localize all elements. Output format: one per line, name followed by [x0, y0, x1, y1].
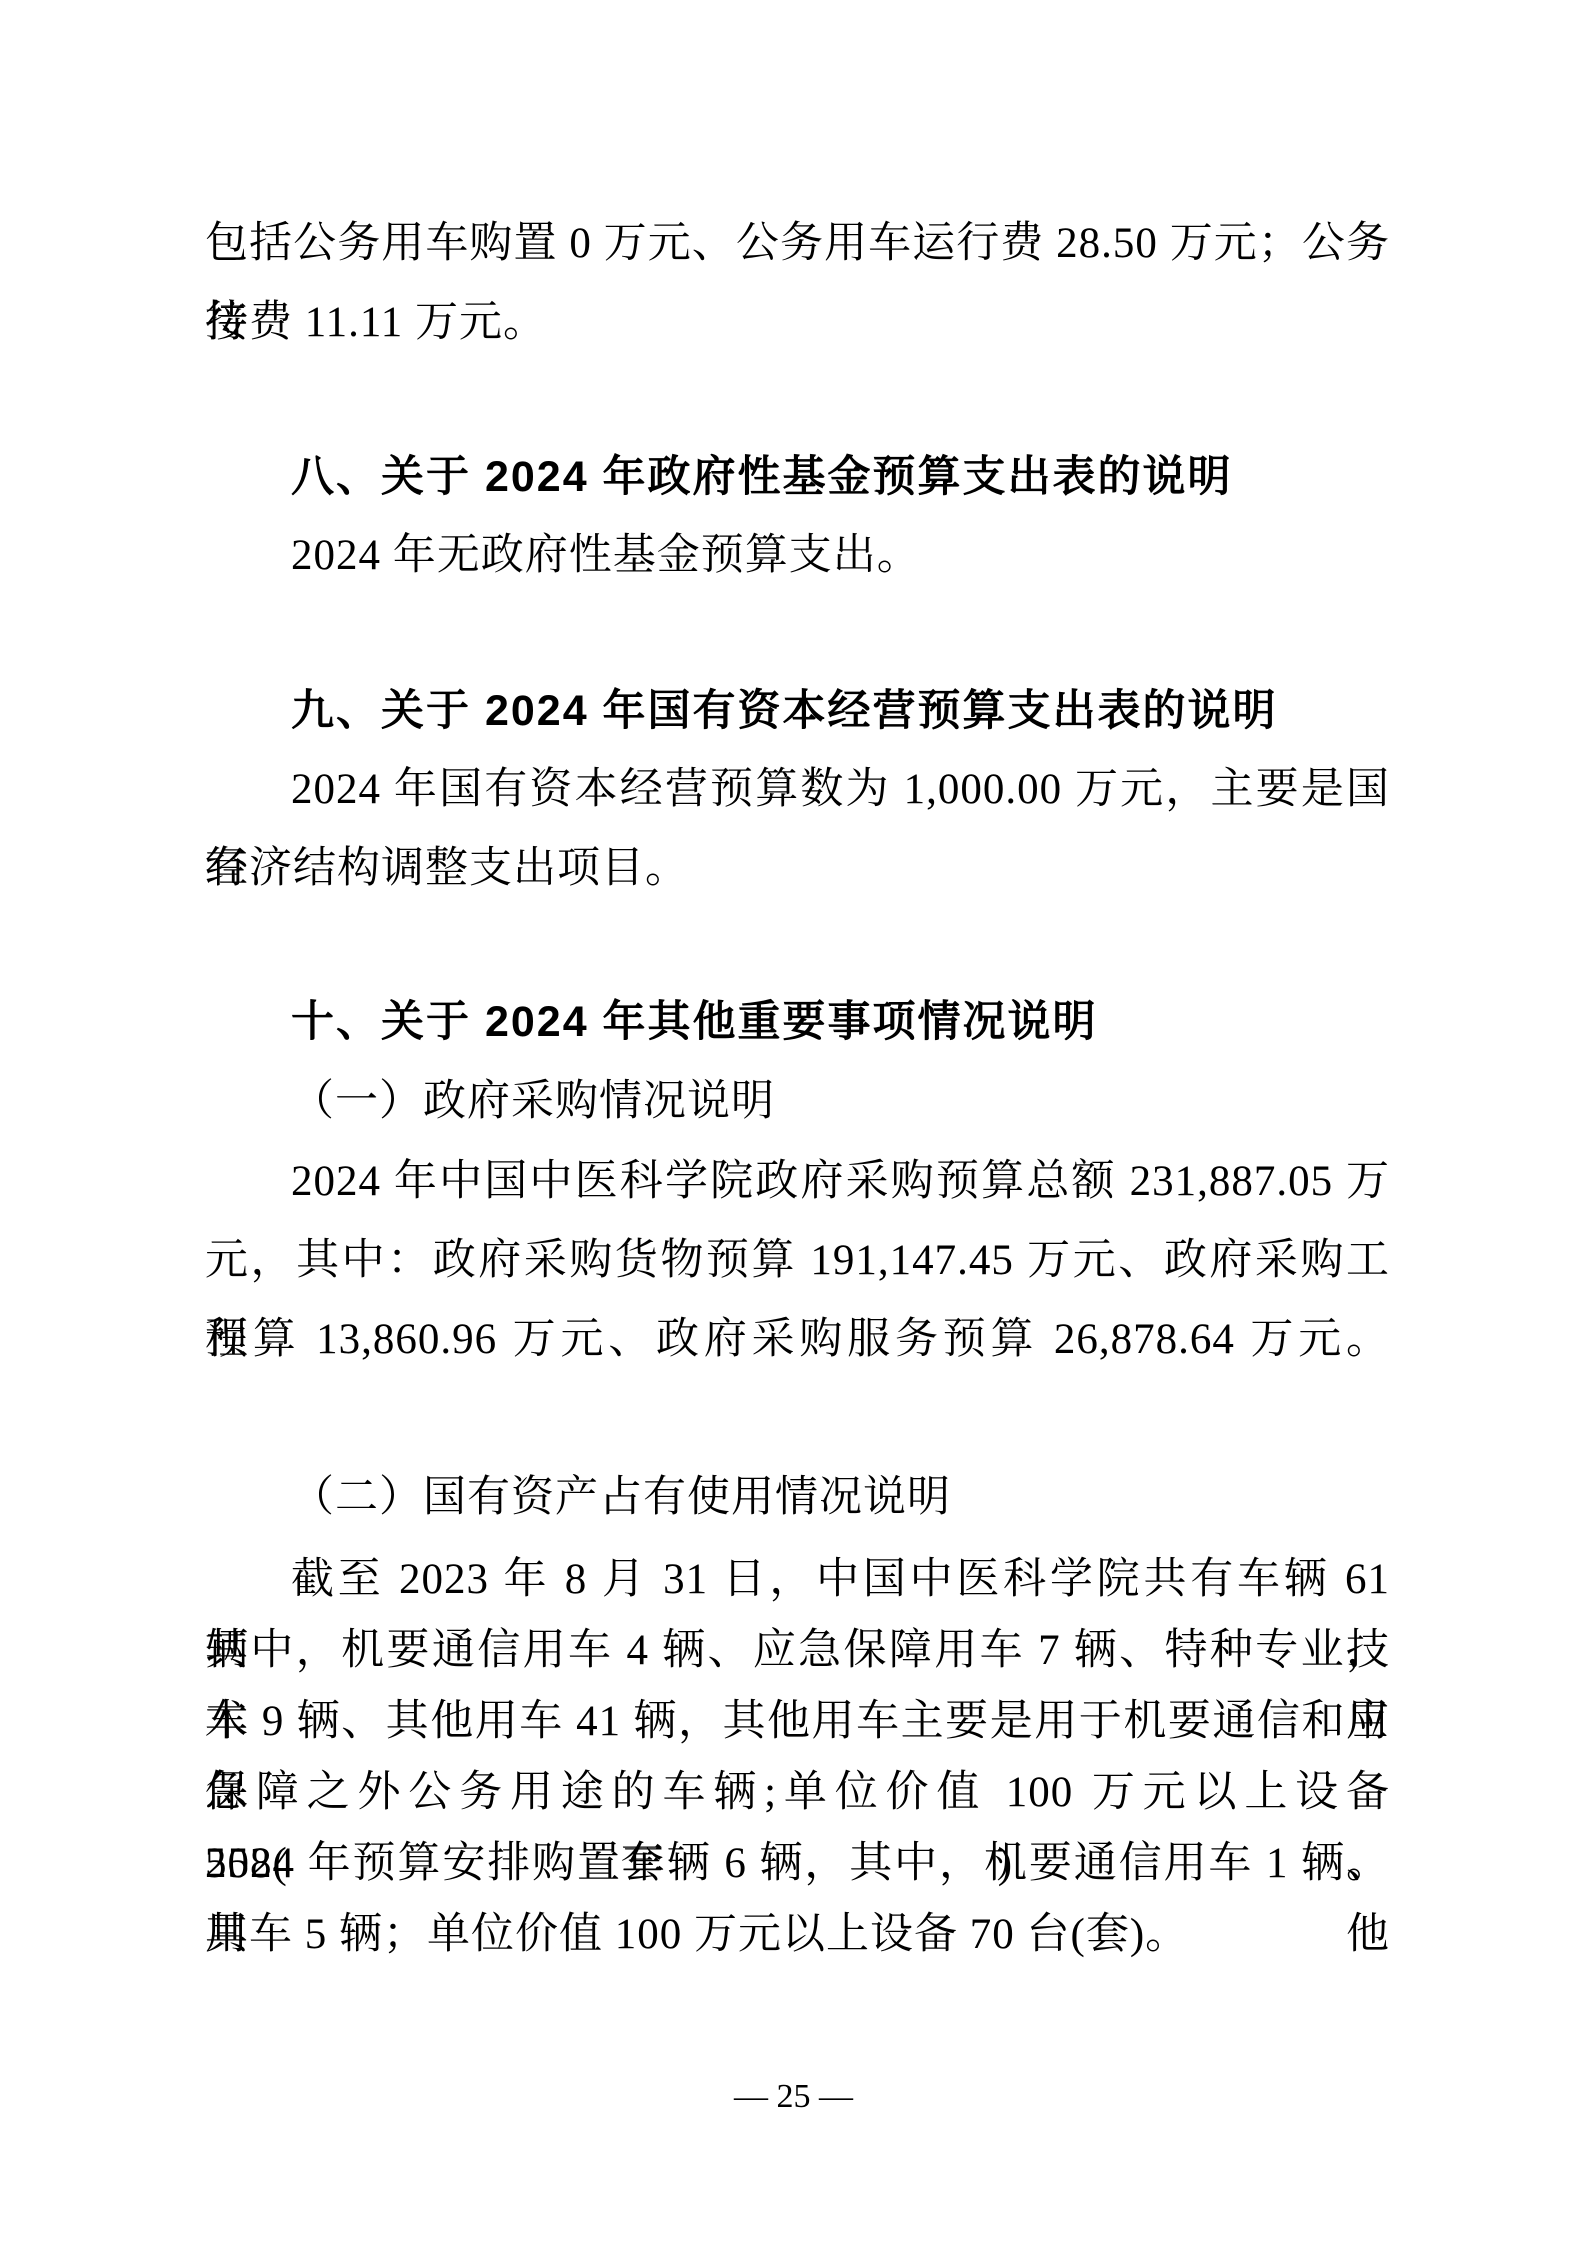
heading-section-10: 十、关于 2024 年其他重要事项情况说明	[205, 983, 1390, 1062]
text-line: 2024 年无政府性基金预算支出。	[205, 516, 1390, 595]
text-line: 车 9 辆、其他用车 41 辆，其他用车主要是用于机要通信和应急	[205, 1686, 1390, 1757]
text-line: 待费 11.11 万元。	[205, 283, 1390, 362]
subheading-10-1: （一）政府采购情况说明	[205, 1062, 1390, 1141]
text-line: 经济结构调整支出项目。	[205, 829, 1390, 908]
page-number: — 25 —	[0, 2077, 1587, 2117]
text-line: 八、关于 2024 年政府性基金预算支出表的说明	[205, 438, 1390, 517]
text-line: 九、关于 2024 年国有资本经营预算支出表的说明	[205, 672, 1390, 751]
text-line: 2024 年国有资本经营预算数为 1,000.00 万元，主要是国有	[205, 750, 1390, 829]
text-line: 保障之外公务用途的车辆;单位价值 100 万元以上设备 558(套)。	[205, 1757, 1390, 1828]
text-line: 预算 13,860.96 万元、政府采购服务预算 26,878.64 万元。	[205, 1300, 1390, 1379]
text-line: （二）国有资产占有使用情况说明	[205, 1458, 1390, 1537]
para-10-2: 截至 2023 年 8 月 31 日，中国中医科学院共有车辆 61 辆，其中，机…	[205, 1544, 1390, 1970]
document-page: 包括公务用车购置 0 万元、公务用车运行费 28.50 万元；公务接待费 11.…	[0, 0, 1587, 2245]
heading-section-9: 九、关于 2024 年国有资本经营预算支出表的说明	[205, 672, 1390, 751]
text-line: 截至 2023 年 8 月 31 日，中国中医科学院共有车辆 61 辆，	[205, 1544, 1390, 1615]
subheading-10-2: （二）国有资产占有使用情况说明	[205, 1458, 1390, 1537]
para-10-1: 2024 年中国中医科学院政府采购预算总额 231,887.05 万元，其中：政…	[205, 1142, 1390, 1379]
para-section-9: 2024 年国有资本经营预算数为 1,000.00 万元，主要是国有经济结构调整…	[205, 750, 1390, 908]
para-section-8: 2024 年无政府性基金预算支出。	[205, 516, 1390, 595]
text-line: 2024 年预算安排购置车辆 6 辆，其中，机要通信用车 1 辆、其他	[205, 1828, 1390, 1899]
heading-section-8: 八、关于 2024 年政府性基金预算支出表的说明	[205, 438, 1390, 517]
para-fees-continuation: 包括公务用车购置 0 万元、公务用车运行费 28.50 万元；公务接待费 11.…	[205, 204, 1390, 362]
text-line: 包括公务用车购置 0 万元、公务用车运行费 28.50 万元；公务接	[205, 204, 1390, 283]
text-line: 其中，机要通信用车 4 辆、应急保障用车 7 辆、特种专业技术用	[205, 1615, 1390, 1686]
text-line: 元，其中：政府采购货物预算 191,147.45 万元、政府采购工程	[205, 1221, 1390, 1300]
text-line: 十、关于 2024 年其他重要事项情况说明	[205, 983, 1390, 1062]
text-line: 2024 年中国中医科学院政府采购预算总额 231,887.05 万	[205, 1142, 1390, 1221]
text-line: （一）政府采购情况说明	[205, 1062, 1390, 1141]
